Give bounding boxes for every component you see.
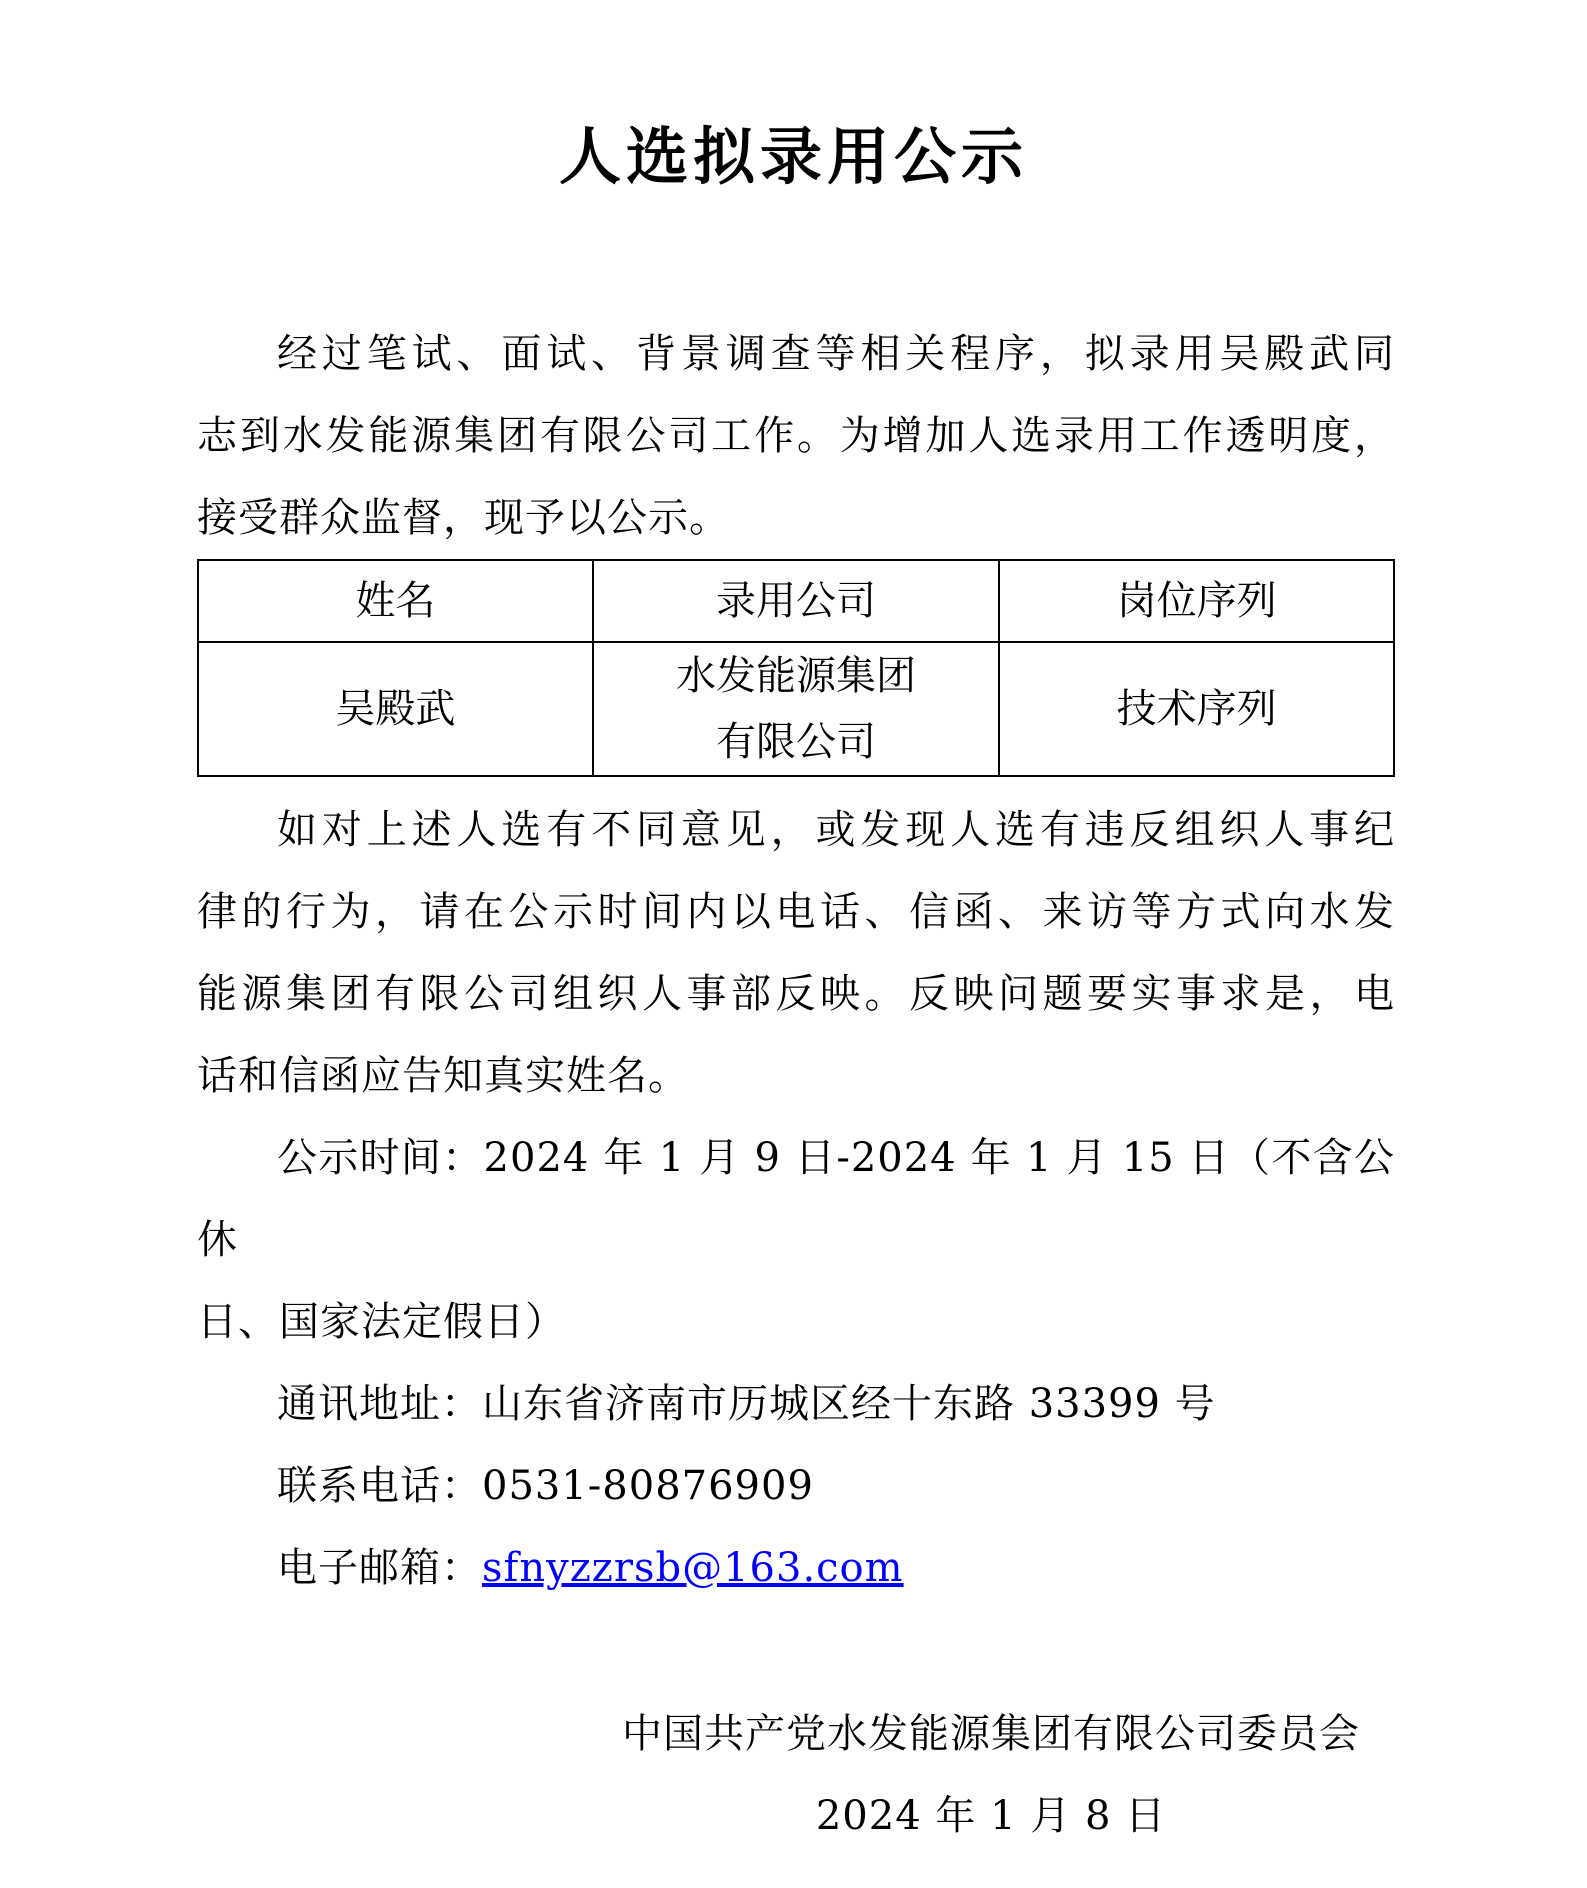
address-line: 通讯地址：山东省济南市历城区经十东路 33399 号 xyxy=(197,1363,1395,1445)
email-label: 电子邮箱： xyxy=(277,1545,482,1591)
period-line: 公示时间：2024 年 1 月 9 日-2024 年 1 月 15 日（不含公休 xyxy=(197,1117,1395,1281)
period-line: 日、国家法定假日） xyxy=(197,1281,1395,1363)
objection-line: 话和信函应告知真实姓名。 xyxy=(197,1035,1395,1117)
objection-line: 律的行为，请在公示时间内以电话、信函、来访等方式向水发 xyxy=(197,871,1395,953)
email-link[interactable]: sfnyzzrsb@163.com xyxy=(482,1545,904,1591)
intro-line: 志到水发能源集团有限公司工作。为增加人选录用工作透明度， xyxy=(197,395,1395,477)
intro-line: 经过笔试、面试、背景调查等相关程序，拟录用吴殿武同 xyxy=(197,313,1395,395)
objection-line: 能源集团有限公司组织人事部反映。反映问题要实事求是，电 xyxy=(197,953,1395,1035)
period-paragraph: 公示时间：2024 年 1 月 9 日-2024 年 1 月 15 日（不含公休… xyxy=(197,1117,1395,1363)
signature-block: 中国共产党水发能源集团有限公司委员会 2024 年 1 月 8 日 xyxy=(587,1693,1395,1857)
table-header-company: 录用公司 xyxy=(593,560,1000,642)
contact-block: 通讯地址：山东省济南市历城区经十东路 33399 号 联系电话：0531-808… xyxy=(197,1363,1395,1609)
cell-company: 水发能源集团 有限公司 xyxy=(593,642,1000,776)
objection-paragraph: 如对上述人选有不同意见，或发现人选有违反组织人事纪 律的行为，请在公示时间内以电… xyxy=(197,789,1395,1117)
cell-candidate-name: 吴殿武 xyxy=(198,642,593,776)
signature-org: 中国共产党水发能源集团有限公司委员会 xyxy=(587,1693,1395,1775)
intro-line: 接受群众监督，现予以公示。 xyxy=(197,477,1395,559)
email-line: 电子邮箱：sfnyzzrsb@163.com xyxy=(197,1527,1395,1609)
cell-company-line: 有限公司 xyxy=(594,709,999,775)
cell-company-line: 水发能源集团 xyxy=(594,643,999,709)
document-title: 人选拟录用公示 xyxy=(0,112,1587,202)
candidate-table: 姓名 录用公司 岗位序列 吴殿武 水发能源集团 有限公司 技术序列 xyxy=(197,559,1395,777)
table-row: 吴殿武 水发能源集团 有限公司 技术序列 xyxy=(198,642,1394,776)
table-header-position: 岗位序列 xyxy=(999,560,1394,642)
document-page: 人选拟录用公示 经过笔试、面试、背景调查等相关程序，拟录用吴殿武同 志到水发能源… xyxy=(0,0,1587,1888)
cell-position: 技术序列 xyxy=(999,642,1394,776)
objection-line: 如对上述人选有不同意见，或发现人选有违反组织人事纪 xyxy=(197,789,1395,871)
signature-date: 2024 年 1 月 8 日 xyxy=(587,1775,1395,1857)
table-header-name: 姓名 xyxy=(198,560,593,642)
intro-paragraph: 经过笔试、面试、背景调查等相关程序，拟录用吴殿武同 志到水发能源集团有限公司工作… xyxy=(197,313,1395,559)
phone-line: 联系电话：0531-80876909 xyxy=(197,1445,1395,1527)
table-header-row: 姓名 录用公司 岗位序列 xyxy=(198,560,1394,642)
